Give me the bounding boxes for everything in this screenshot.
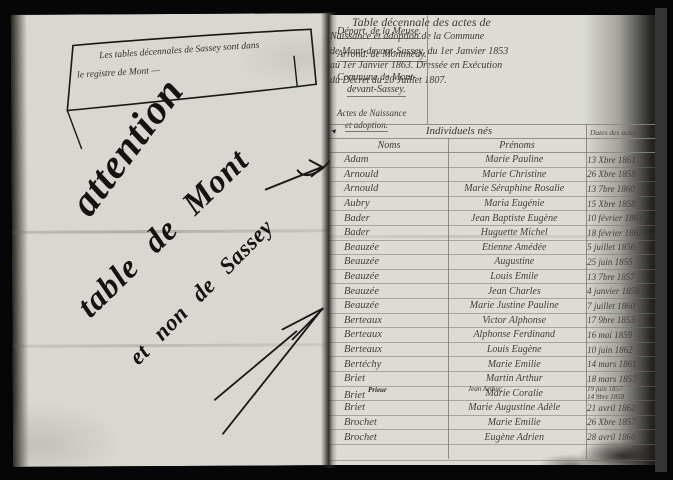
table-row: Beauzée Marie Justine Pauline 7 juillet …	[330, 299, 655, 314]
firstnames: Jean Charles	[488, 286, 541, 297]
table-row: BrietPrieur Jean Arthur, Marie Coralie 1…	[330, 387, 655, 402]
table-row: Bader Jean Baptiste Eugène 10 février 18…	[330, 211, 655, 226]
act-date: 15 Xbre 1858	[587, 200, 655, 208]
surname: Arnould	[344, 183, 378, 194]
surname-annotation: Prieur	[368, 386, 387, 394]
firstnames: Marie Emilie	[488, 359, 541, 370]
firstnames: Marie Augustine Adèle	[468, 402, 560, 413]
surname: Berteaux	[344, 344, 382, 355]
birth-acts-table: Adam Marie Pauline 13 Xbre 1861 Arnould	[330, 153, 655, 445]
table-row: Bader Huguette Michel 18 février 1862	[330, 226, 655, 241]
surname: Bader	[344, 227, 370, 238]
surname: Brochet	[344, 432, 377, 443]
table-row: Beauzée Louis Emile 13 7bre 1857	[330, 270, 655, 285]
act-date: 5 juillet 1856	[587, 243, 655, 251]
surname: Bertéchy	[344, 359, 381, 370]
firstnames: Louis Emile	[490, 271, 538, 282]
act-date: 16 mai 1859	[587, 331, 655, 339]
surname: Briet	[344, 373, 365, 384]
firstname-annotation: Jean Arthur,	[468, 385, 502, 393]
table-row: Arnould Marie Séraphine Rosalie 13 7bre …	[330, 182, 655, 197]
binding-gutter	[321, 12, 337, 468]
commune-label-line2: devant-Sassey.	[347, 84, 406, 97]
surname: Briet	[344, 390, 365, 401]
box-tick-stroke	[294, 56, 297, 86]
act-date: 19 juin 1857	[587, 385, 655, 393]
act-date: 14 mars 1861	[587, 360, 655, 368]
surname: Beauzée	[344, 271, 379, 282]
act-date: 18 février 1862	[587, 229, 655, 237]
surname: Adam	[344, 154, 369, 165]
table-row: Beauzée Jean Charles 4 janvier 1858	[330, 284, 655, 299]
document-scan: Les tables décennales de Sassey sont dan…	[0, 0, 673, 480]
act-date: 28 avril 1860	[587, 433, 655, 441]
firstnames: Alphonse Ferdinand	[473, 329, 555, 340]
act-date: 21 avril 1862	[587, 404, 655, 412]
act-date-secondary: 14 9bre 1858	[587, 393, 655, 401]
table-row: Brochet Marie Emilie 26 Xbre 1857	[330, 416, 655, 431]
act-date: 7 juillet 1860	[587, 302, 655, 310]
surname: Beauzée	[344, 242, 379, 253]
column-header-prenoms: Prénoms	[448, 139, 586, 152]
big-arrow-right-icon	[214, 308, 324, 434]
left-page: Les tables décennales de Sassey sont dan…	[11, 13, 333, 467]
surname: Berteaux	[344, 329, 382, 340]
firstnames: Etienne Amédée	[482, 242, 547, 253]
table-row: Briet Marie Augustine Adèle 21 avril 186…	[330, 401, 655, 416]
table-row: Arnould Marie Christine 26 Xbre 1858	[330, 168, 655, 183]
commune-label-line1: Commune de Mont-	[337, 72, 429, 84]
table-row: Berteaux Alphonse Ferdinand 16 mai 1859	[330, 328, 655, 343]
small-arrow-right-icon	[266, 160, 323, 189]
firstnames: Huguette Michel	[481, 227, 548, 238]
firstnames: Eugène Adrien	[484, 432, 544, 443]
firstnames: Martin Arthur	[486, 373, 543, 384]
act-date: 26 Xbre 1858	[587, 170, 655, 178]
act-date: 13 7bre 1857	[587, 273, 655, 281]
surname: Berteaux	[344, 315, 382, 326]
table-row: Aubry Maria Eugénie 15 Xbre 1858	[330, 197, 655, 212]
act-date: 18 mars 1857	[587, 375, 655, 383]
table-row: Beauzée Augustine 25 juin 1855	[330, 255, 655, 270]
table-row: Berteaux Victor Alphonse 17 9bre 1853	[330, 314, 655, 329]
firstnames: Victor Alphonse	[482, 315, 546, 326]
table-row: Berteaux Louis Eugène 10 juin 1862	[330, 343, 655, 358]
surname: Arnould	[344, 169, 378, 180]
table-row: Bertéchy Marie Emilie 14 mars 1861	[330, 357, 655, 372]
acts-label-line1: Actes de Naissance	[337, 107, 429, 119]
arrondissement-label: Arrond. de Montmédy.	[337, 49, 427, 62]
firstnames: Maria Eugénie	[484, 198, 544, 209]
act-date: 17 9bre 1853	[587, 316, 655, 324]
firstnames: Marie Emilie	[488, 417, 541, 428]
firstnames: Marie Pauline	[485, 154, 543, 165]
act-date: 13 7bre 1860	[587, 185, 655, 193]
table-row: Beauzée Etienne Amédée 5 juillet 1856	[330, 241, 655, 256]
act-date: 26 Xbre 1857	[587, 418, 655, 426]
act-date: 13 Xbre 1861	[587, 156, 655, 164]
act-date: 25 juin 1855	[587, 258, 655, 266]
surname: Brochet	[344, 417, 377, 428]
page-stack-edge	[655, 8, 667, 472]
act-date: 10 février 1861	[587, 214, 655, 222]
surname: Bader	[344, 213, 370, 224]
surname: Beauzée	[344, 256, 379, 267]
department-label: Départ. de la Meuse.	[337, 26, 421, 39]
firstnames: Augustine	[494, 256, 534, 267]
firstnames: Marie Séraphine Rosalie	[464, 183, 564, 194]
surname: Briet	[344, 402, 365, 413]
firstnames: Marie Christine	[482, 169, 546, 180]
act-date: 4 janvier 1858	[587, 287, 655, 295]
header-divider	[427, 15, 428, 124]
surname: Beauzée	[344, 300, 379, 311]
firstnames: Marie Justine Pauline	[470, 300, 559, 311]
column-header-dates: Dates des actes	[590, 128, 654, 137]
surname: Beauzée	[344, 286, 379, 297]
empty-table-row	[330, 446, 655, 461]
firstnames: Jean Baptiste Eugène	[471, 213, 558, 224]
box-tail-stroke	[67, 110, 81, 148]
column-header-noms: Noms	[330, 139, 448, 152]
firstnames: Louis Eugène	[487, 344, 542, 355]
surname: Aubry	[344, 198, 370, 209]
right-page: Départ. de la Meuse. Arrond. de Montmédy…	[330, 15, 655, 465]
table-row: Adam Marie Pauline 13 Xbre 1861	[330, 153, 655, 168]
section-title-individuals-born: Individuels nés	[330, 125, 588, 137]
act-date: 10 juin 1862	[587, 346, 655, 354]
table-row: Brochet Eugène Adrien 28 avril 1860	[330, 430, 655, 445]
